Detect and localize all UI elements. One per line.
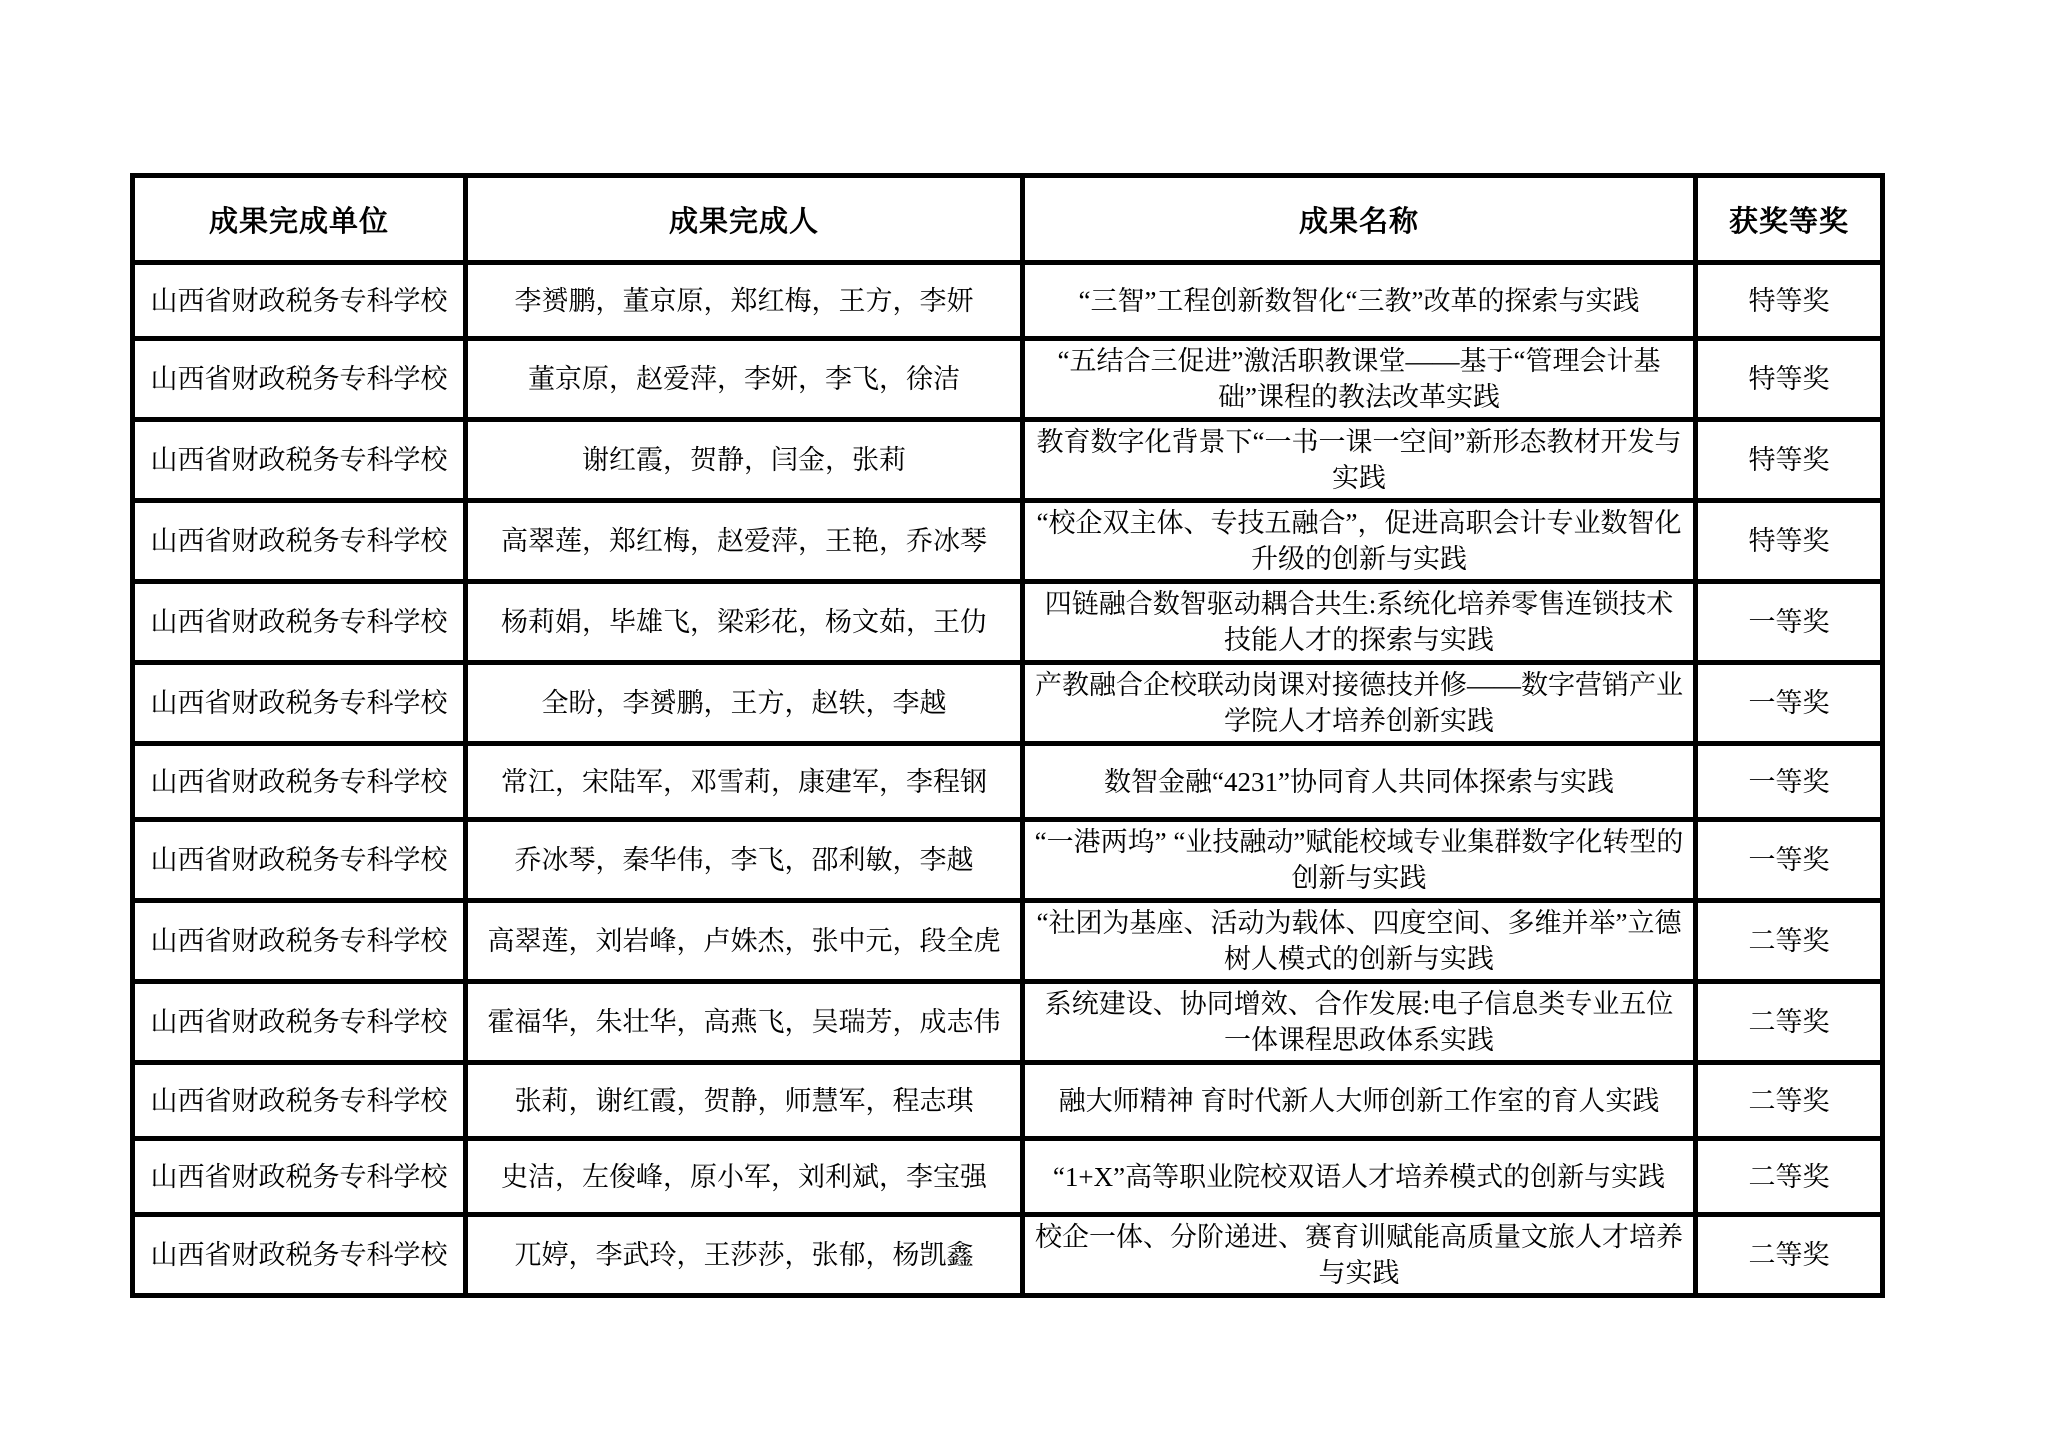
table-row: 山西省财政税务专科学校 全盼，李赟鹏，王方，赵轶，李越 产教融合企校联动岗课对接… (133, 663, 1883, 744)
table-row: 山西省财政税务专科学校 史洁，左俊峰，原小军，刘利斌，李宝强 “1+X”高等职业… (133, 1139, 1883, 1215)
table-row: 山西省财政税务专科学校 兀婷，李武玲，王莎莎，张郁，杨凯鑫 校企一体、分阶递进、… (133, 1215, 1883, 1296)
authors-cell: 全盼，李赟鹏，王方，赵轶，李越 (466, 663, 1023, 744)
table-row: 山西省财政税务专科学校 李赟鹏，董京原，郑红梅，王方，李妍 “三智”工程创新数智… (133, 263, 1883, 339)
award-cell: 特等奖 (1696, 339, 1883, 420)
award-cell: 特等奖 (1696, 420, 1883, 501)
unit-cell: 山西省财政税务专科学校 (133, 501, 466, 582)
authors-cell: 常江，宋陆军，邓雪莉，康建军，李程钢 (466, 744, 1023, 820)
unit-cell: 山西省财政税务专科学校 (133, 820, 466, 901)
name-cell: 产教融合企校联动岗课对接德技并修——数字营销产业学院人才培养创新实践 (1023, 663, 1696, 744)
unit-cell: 山西省财政税务专科学校 (133, 901, 466, 982)
award-cell: 一等奖 (1696, 582, 1883, 663)
table-row: 山西省财政税务专科学校 谢红霞，贺静，闫金，张莉 教育数字化背景下“一书一课一空… (133, 420, 1883, 501)
table-row: 山西省财政税务专科学校 乔冰琴，秦华伟，李飞，邵利敏，李越 “一港两坞” “业技… (133, 820, 1883, 901)
authors-cell: 谢红霞，贺静，闫金，张莉 (466, 420, 1023, 501)
award-cell: 二等奖 (1696, 901, 1883, 982)
name-cell: 校企一体、分阶递进、赛育训赋能高质量文旅人才培养与实践 (1023, 1215, 1696, 1296)
award-cell: 二等奖 (1696, 1063, 1883, 1139)
table-row: 山西省财政税务专科学校 董京原，赵爱萍，李妍，李飞，徐洁 “五结合三促进”激活职… (133, 339, 1883, 420)
header-unit: 成果完成单位 (133, 176, 466, 263)
unit-cell: 山西省财政税务专科学校 (133, 982, 466, 1063)
authors-cell: 李赟鹏，董京原，郑红梅，王方，李妍 (466, 263, 1023, 339)
name-cell: 系统建设、协同增效、合作发展:电子信息类专业五位一体课程思政体系实践 (1023, 982, 1696, 1063)
unit-cell: 山西省财政税务专科学校 (133, 663, 466, 744)
authors-cell: 乔冰琴，秦华伟，李飞，邵利敏，李越 (466, 820, 1023, 901)
name-cell: “五结合三促进”激活职教课堂——基于“管理会计基础”课程的教法改革实践 (1023, 339, 1696, 420)
award-cell: 特等奖 (1696, 501, 1883, 582)
table-row: 山西省财政税务专科学校 杨莉娟，毕雄飞，梁彩花，杨文茹，王仂 四链融合数智驱动耦… (133, 582, 1883, 663)
authors-cell: 董京原，赵爱萍，李妍，李飞，徐洁 (466, 339, 1023, 420)
unit-cell: 山西省财政税务专科学校 (133, 339, 466, 420)
table-body: 山西省财政税务专科学校 李赟鹏，董京原，郑红梅，王方，李妍 “三智”工程创新数智… (133, 263, 1883, 1296)
name-cell: 数智金融“4231”协同育人共同体探索与实践 (1023, 744, 1696, 820)
authors-cell: 史洁，左俊峰，原小军，刘利斌，李宝强 (466, 1139, 1023, 1215)
award-cell: 二等奖 (1696, 1215, 1883, 1296)
award-cell: 一等奖 (1696, 744, 1883, 820)
unit-cell: 山西省财政税务专科学校 (133, 582, 466, 663)
authors-cell: 霍福华，朱壮华，高燕飞，吴瑞芳，成志伟 (466, 982, 1023, 1063)
authors-cell: 高翠莲，刘岩峰，卢姝杰，张中元，段全虎 (466, 901, 1023, 982)
document-page: 成果完成单位 成果完成人 成果名称 获奖等奖 山西省财政税务专科学校 李赟鹏，董… (0, 0, 2048, 1448)
name-cell: 融大师精神 育时代新人大师创新工作室的育人实践 (1023, 1063, 1696, 1139)
award-cell: 一等奖 (1696, 820, 1883, 901)
unit-cell: 山西省财政税务专科学校 (133, 744, 466, 820)
name-cell: “三智”工程创新数智化“三教”改革的探索与实践 (1023, 263, 1696, 339)
unit-cell: 山西省财政税务专科学校 (133, 1139, 466, 1215)
table-row: 山西省财政税务专科学校 张莉，谢红霞，贺静，师慧军，程志琪 融大师精神 育时代新… (133, 1063, 1883, 1139)
awards-table: 成果完成单位 成果完成人 成果名称 获奖等奖 山西省财政税务专科学校 李赟鹏，董… (130, 173, 1885, 1298)
name-cell: 四链融合数智驱动耦合共生:系统化培养零售连锁技术技能人才的探索与实践 (1023, 582, 1696, 663)
award-cell: 二等奖 (1696, 1139, 1883, 1215)
unit-cell: 山西省财政税务专科学校 (133, 263, 466, 339)
unit-cell: 山西省财政税务专科学校 (133, 1063, 466, 1139)
name-cell: “校企双主体、专技五融合”，促进高职会计专业数智化升级的创新与实践 (1023, 501, 1696, 582)
header-row: 成果完成单位 成果完成人 成果名称 获奖等奖 (133, 176, 1883, 263)
table-row: 山西省财政税务专科学校 高翠莲，郑红梅，赵爱萍，王艳，乔冰琴 “校企双主体、专技… (133, 501, 1883, 582)
table-row: 山西省财政税务专科学校 常江，宋陆军，邓雪莉，康建军，李程钢 数智金融“4231… (133, 744, 1883, 820)
table-header: 成果完成单位 成果完成人 成果名称 获奖等奖 (133, 176, 1883, 263)
authors-cell: 高翠莲，郑红梅，赵爱萍，王艳，乔冰琴 (466, 501, 1023, 582)
table-row: 山西省财政税务专科学校 高翠莲，刘岩峰，卢姝杰，张中元，段全虎 “社团为基座、活… (133, 901, 1883, 982)
header-name: 成果名称 (1023, 176, 1696, 263)
name-cell: “1+X”高等职业院校双语人才培养模式的创新与实践 (1023, 1139, 1696, 1215)
authors-cell: 兀婷，李武玲，王莎莎，张郁，杨凯鑫 (466, 1215, 1023, 1296)
header-award: 获奖等奖 (1696, 176, 1883, 263)
name-cell: “社团为基座、活动为载体、四度空间、多维并举”立德树人模式的创新与实践 (1023, 901, 1696, 982)
unit-cell: 山西省财政税务专科学校 (133, 1215, 466, 1296)
unit-cell: 山西省财政税务专科学校 (133, 420, 466, 501)
name-cell: “一港两坞” “业技融动”赋能校域专业集群数字化转型的创新与实践 (1023, 820, 1696, 901)
award-cell: 一等奖 (1696, 663, 1883, 744)
award-cell: 特等奖 (1696, 263, 1883, 339)
authors-cell: 杨莉娟，毕雄飞，梁彩花，杨文茹，王仂 (466, 582, 1023, 663)
authors-cell: 张莉，谢红霞，贺静，师慧军，程志琪 (466, 1063, 1023, 1139)
award-cell: 二等奖 (1696, 982, 1883, 1063)
header-authors: 成果完成人 (466, 176, 1023, 263)
name-cell: 教育数字化背景下“一书一课一空间”新形态教材开发与实践 (1023, 420, 1696, 501)
table-row: 山西省财政税务专科学校 霍福华，朱壮华，高燕飞，吴瑞芳，成志伟 系统建设、协同增… (133, 982, 1883, 1063)
